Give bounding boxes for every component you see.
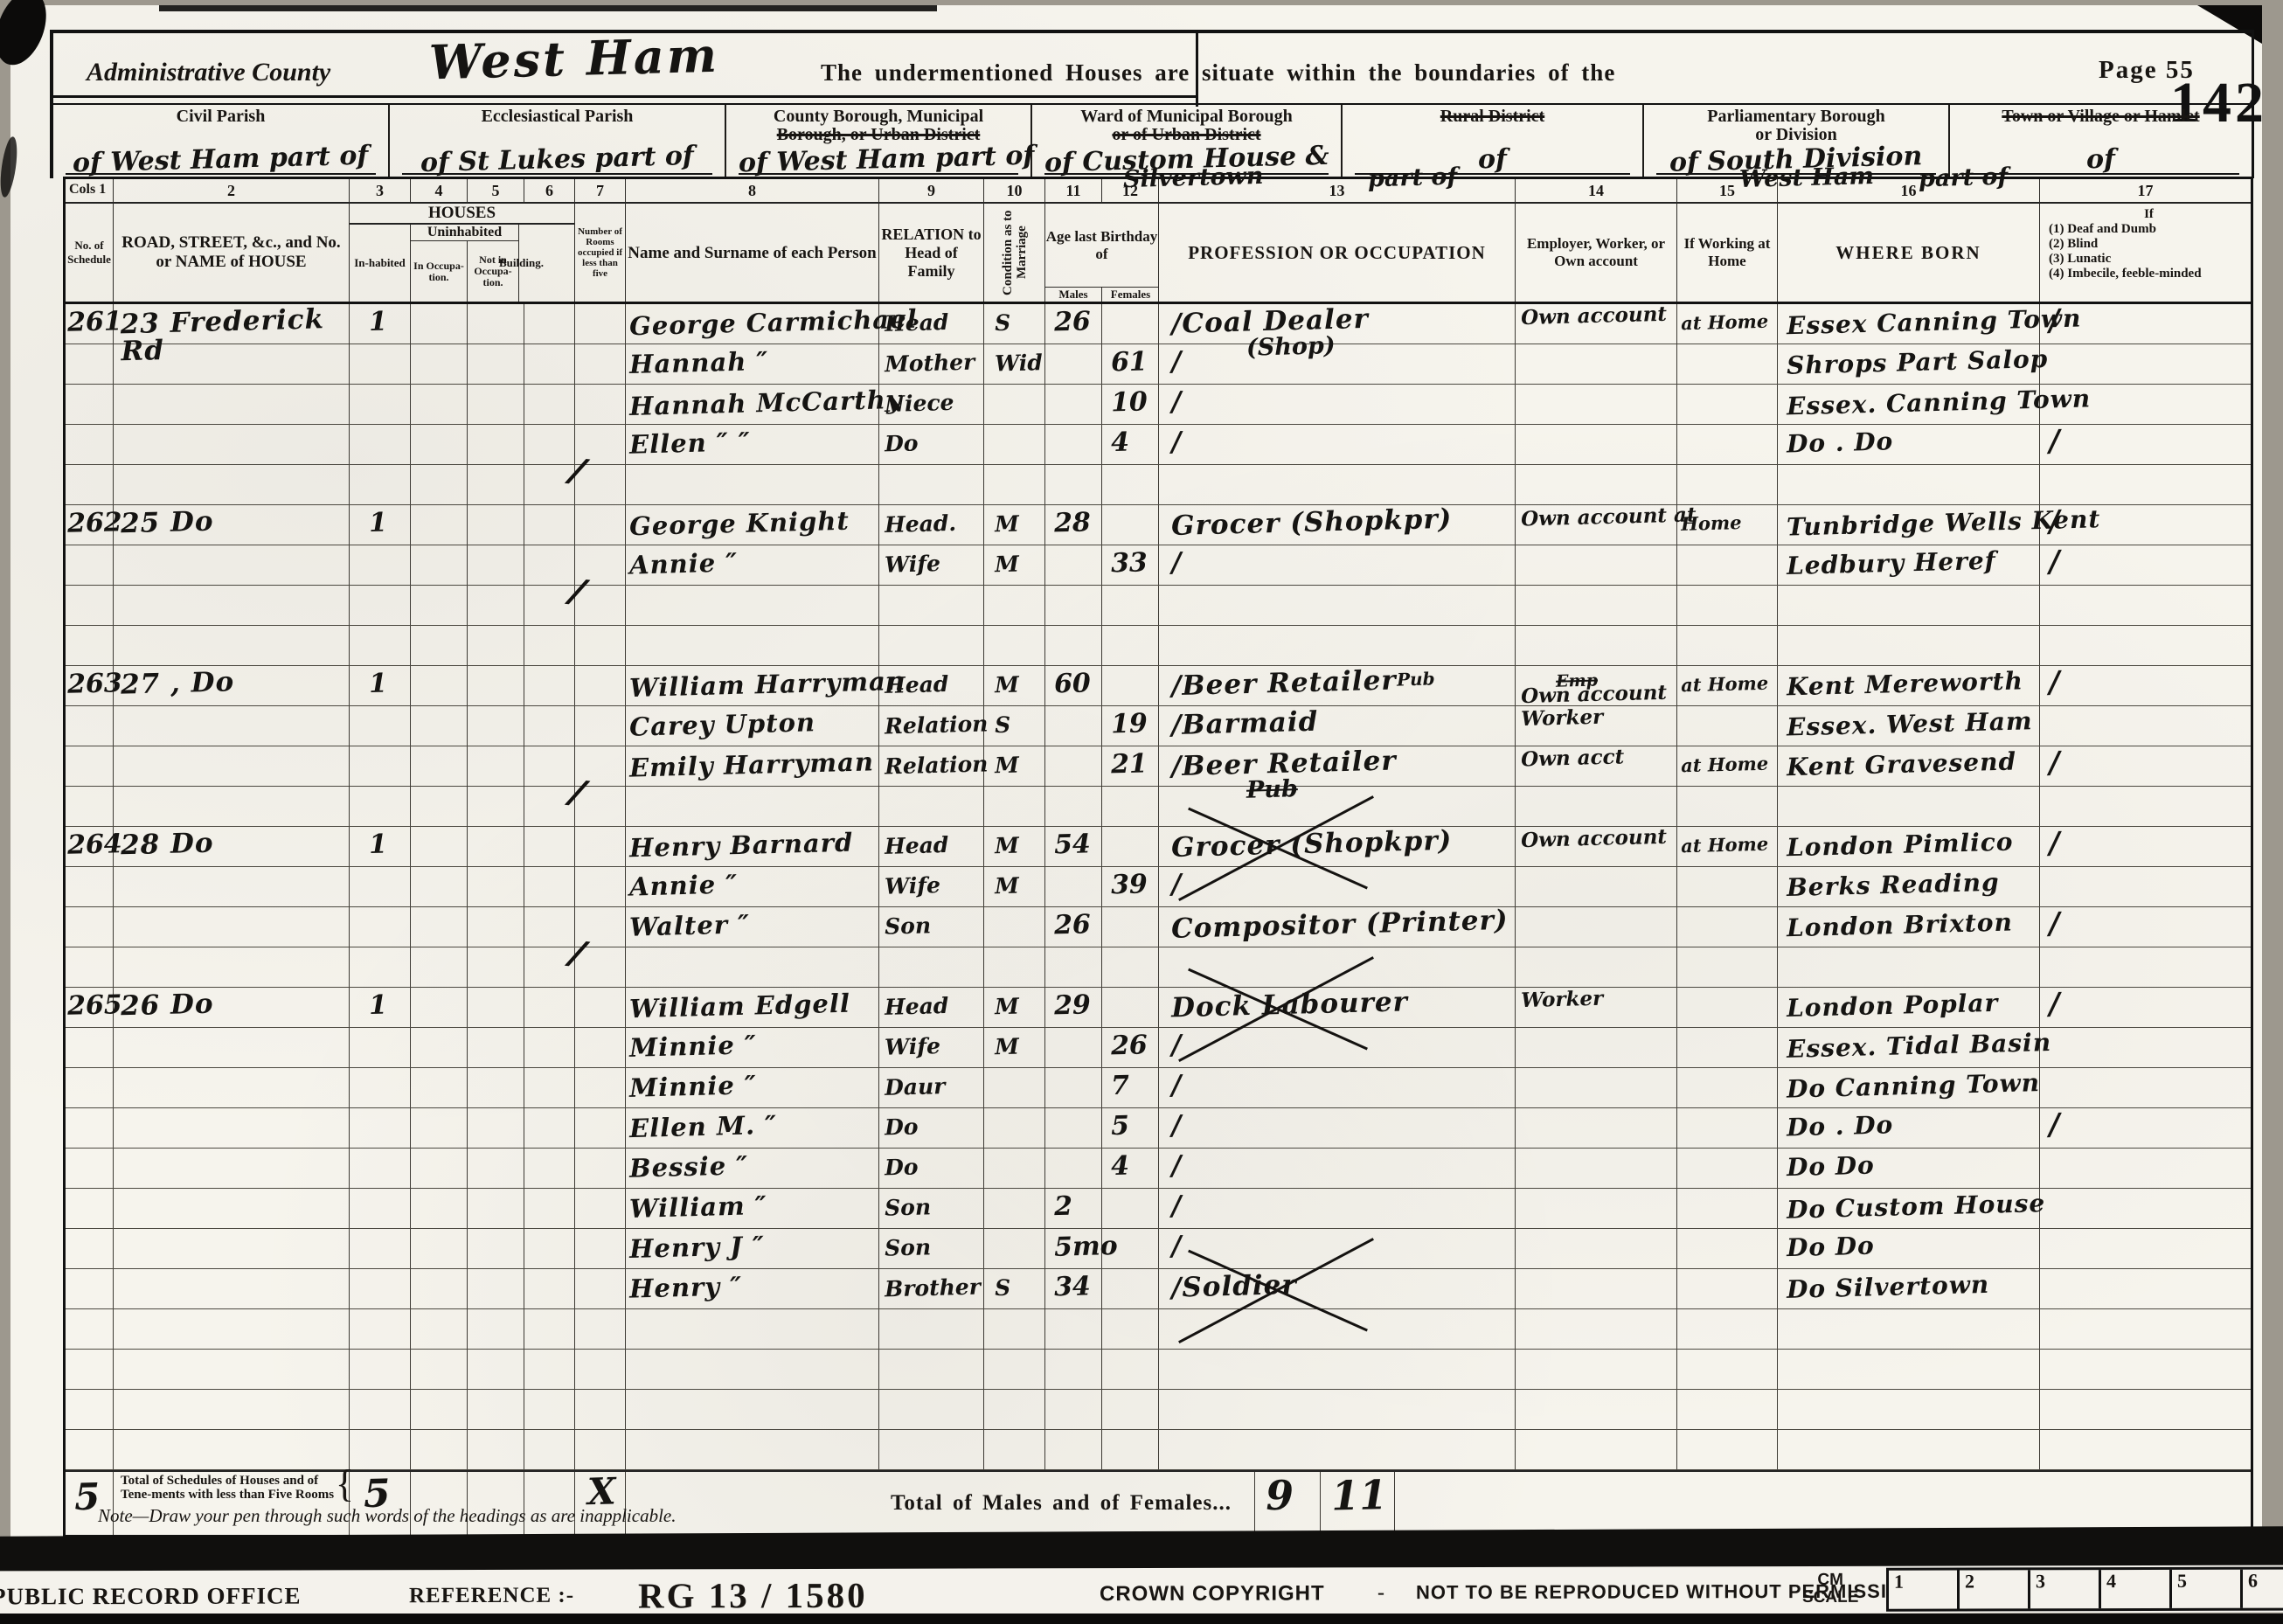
address-cell	[114, 787, 350, 826]
name-cell: William Harryman	[626, 666, 879, 705]
inhabited-cell	[350, 787, 411, 826]
not-in-occupation-cell	[468, 1390, 524, 1429]
relation-cell: Son	[879, 907, 984, 947]
relation-cell: Wife	[879, 867, 984, 906]
relation-cell: Do	[879, 1108, 984, 1148]
where-born-cell: Do Do	[1778, 1229, 2040, 1268]
age-males-cell	[1045, 1309, 1102, 1349]
occupation-cell	[1159, 1430, 1516, 1469]
infirmity-cell: /	[2040, 666, 2251, 705]
building-cell	[524, 505, 575, 545]
col-no-2: 2	[114, 179, 350, 204]
where-born-cell: Essex. West Ham	[1778, 706, 2040, 746]
header-females: Females	[1102, 288, 1159, 302]
age-males-cell	[1045, 626, 1102, 665]
in-occupation-cell	[411, 1430, 468, 1469]
not-in-occupation-cell	[468, 344, 524, 384]
scan-artifact-blob	[0, 135, 20, 198]
not-in-occupation-cell	[468, 505, 524, 545]
age-females-cell: 7	[1102, 1068, 1159, 1107]
building-cell	[524, 706, 575, 746]
district-value: of West Ham part of	[739, 143, 1035, 177]
occupation-cell: /	[1159, 1108, 1516, 1148]
rooms-cell	[575, 867, 626, 906]
table-row: Ellen ″ ″ Do 4 / Do . Do /	[66, 425, 2251, 465]
schedule-cell	[66, 1430, 114, 1469]
col-no-4: 4	[411, 179, 468, 204]
age-males-cell: 29	[1045, 988, 1102, 1027]
where-born-cell: Berks Reading	[1778, 867, 2040, 906]
occupation-cell: /	[1159, 1189, 1516, 1228]
address-cell	[114, 545, 350, 585]
age-females-cell	[1102, 465, 1159, 504]
building-cell	[524, 1229, 575, 1268]
rooms-cell	[575, 505, 626, 545]
rooms-cell	[575, 1309, 626, 1349]
schedule-cell	[66, 385, 114, 424]
district-value-underline: of West Ham part of	[739, 147, 1018, 175]
schedule-cell	[66, 706, 114, 746]
age-males-cell	[1045, 947, 1102, 987]
where-born-cell	[1778, 1350, 2040, 1389]
address-cell	[114, 1350, 350, 1389]
not-in-occupation-cell	[468, 867, 524, 906]
condition-cell: M	[984, 1028, 1045, 1067]
schedule-cell	[66, 626, 114, 665]
table-row	[66, 1430, 2251, 1470]
schedule-cell	[66, 867, 114, 906]
age-title: Age last Birthday of	[1045, 204, 1158, 287]
in-occupation-cell	[411, 947, 468, 987]
inhabited-cell: 1	[350, 666, 411, 705]
condition-cell: M	[984, 505, 1045, 545]
infirmity-cell	[2040, 626, 2251, 665]
condition-cell	[984, 1390, 1045, 1429]
at-home-cell	[1677, 1350, 1778, 1389]
where-born-cell: London Pimlico	[1778, 827, 2040, 866]
table-row: 264 28 Do 1 Henry Barnard Head M 54 Groc…	[66, 827, 2251, 867]
occupation-cell: /	[1159, 1068, 1516, 1107]
condition-cell: M	[984, 827, 1045, 866]
at-home-cell	[1677, 907, 1778, 947]
district-cell: Civil Parish of West Ham part of	[53, 105, 390, 178]
employer-cell	[1516, 1430, 1677, 1469]
at-home-cell	[1677, 947, 1778, 987]
table-row: Minnie ″ Wife M 26 / Essex. Tidal Basin	[66, 1028, 2251, 1068]
where-born-cell: Essex. Canning Town	[1778, 385, 2040, 424]
col-no-6: 6	[524, 179, 575, 204]
name-cell: Carey Upton	[626, 706, 879, 746]
not-in-occupation-cell	[468, 586, 524, 625]
in-occupation-cell	[411, 827, 468, 866]
totals-males-value: 9	[1255, 1472, 1321, 1535]
inhabited-cell: 1	[350, 827, 411, 866]
where-born-cell: Do Custom House	[1778, 1189, 2040, 1228]
rooms-cell	[575, 586, 626, 625]
rooms-cell	[575, 706, 626, 746]
in-occupation-cell	[411, 867, 468, 906]
building-cell	[524, 907, 575, 947]
inhabited-cell	[350, 1430, 411, 1469]
name-cell: Henry Barnard	[626, 827, 879, 866]
ruler-cell: 1	[1889, 1571, 1960, 1609]
rooms-cell	[575, 947, 626, 987]
not-in-occupation-cell	[468, 666, 524, 705]
occupation-cell: /Beer RetailerPub	[1159, 666, 1516, 705]
inhabited-cell	[350, 1149, 411, 1188]
name-cell: Ellen ″ ″	[626, 425, 879, 464]
building-cell	[524, 1068, 575, 1107]
at-home-cell	[1677, 425, 1778, 464]
rooms-cell	[575, 425, 626, 464]
rooms-cell	[575, 1430, 626, 1469]
where-born-cell	[1778, 1390, 2040, 1429]
age-females-cell: 33	[1102, 545, 1159, 585]
age-males-cell	[1045, 344, 1102, 384]
age-males-cell	[1045, 1108, 1102, 1148]
name-cell	[626, 586, 879, 625]
district-value: of	[2086, 147, 2116, 174]
condition-cell	[984, 907, 1045, 947]
age-males-cell	[1045, 545, 1102, 585]
table-row	[66, 1390, 2251, 1430]
header-working-at-home: If Working at Home	[1677, 204, 1778, 302]
address-cell	[114, 586, 350, 625]
where-born-cell	[1778, 626, 2040, 665]
address-cell	[114, 1269, 350, 1308]
relation-cell	[879, 586, 984, 625]
in-occupation-cell	[411, 988, 468, 1027]
name-cell: William ″	[626, 1189, 879, 1228]
in-occupation-cell	[411, 1269, 468, 1308]
district-label: Rural District	[1343, 108, 1642, 126]
age-males-cell	[1045, 586, 1102, 625]
in-occupation-cell	[411, 1149, 468, 1188]
relation-cell: Niece	[879, 385, 984, 424]
not-in-occupation-cell	[468, 1269, 524, 1308]
schedule-cell: 264	[66, 827, 114, 866]
schedule-cell	[66, 1028, 114, 1067]
not-in-occupation-cell	[468, 1108, 524, 1148]
schedule-cell	[66, 1390, 114, 1429]
inhabited-cell	[350, 385, 411, 424]
in-occupation-cell	[411, 706, 468, 746]
footnote: Note—Draw your pen through such words of…	[98, 1505, 676, 1527]
address-cell	[114, 1229, 350, 1268]
header-rooms: Number of Rooms occupied if less than fi…	[575, 204, 626, 302]
condition-cell	[984, 465, 1045, 504]
totals-females-value: 11	[1321, 1472, 1395, 1535]
annotation-part-of-16: part of	[1919, 165, 2008, 191]
inhabited-cell: 1	[350, 505, 411, 545]
table-row: Hannah McCarthy Niece 10 / Essex. Cannin…	[66, 385, 2251, 425]
not-in-occupation-cell	[468, 787, 524, 826]
schedule-cell	[66, 465, 114, 504]
rooms-cell	[575, 465, 626, 504]
condition-cell	[984, 626, 1045, 665]
table-row: Walter ″ Son 26 Compositor (Printer) Lon…	[66, 907, 2251, 947]
col-no-7: 7	[575, 179, 626, 204]
at-home-cell	[1677, 626, 1778, 665]
scan-artifact-bottom	[0, 1614, 2283, 1624]
age-females-cell	[1102, 586, 1159, 625]
header-employer: Employer, Worker, or Own account	[1516, 204, 1677, 302]
rooms-cell	[575, 626, 626, 665]
age-females-cell	[1102, 1390, 1159, 1429]
at-home-cell	[1677, 1028, 1778, 1067]
schedule-cell	[66, 907, 114, 947]
in-occupation-cell	[411, 344, 468, 384]
rooms-cell	[575, 827, 626, 866]
relation-cell	[879, 465, 984, 504]
schedule-cell	[66, 425, 114, 464]
footer-reference-value: RG 13 / 1580	[638, 1574, 868, 1617]
age-females-cell: 61	[1102, 344, 1159, 384]
footer-office: PUBLIC RECORD OFFICE	[0, 1583, 302, 1611]
table-row: Annie ″ Wife M 33 / Ledbury Heref /	[66, 545, 2251, 586]
age-males-cell: 26	[1045, 907, 1102, 947]
not-in-occupation-cell	[468, 1028, 524, 1067]
infirmity-cell	[2040, 1028, 2251, 1067]
building-cell	[524, 545, 575, 585]
header-schedule: No. of Schedule	[66, 204, 114, 302]
occupation-cell: Dock Labourer	[1159, 988, 1516, 1027]
table-row: William ″ Son 2 / Do Custom House	[66, 1189, 2251, 1229]
header-condition: Condition as to Marriage	[984, 204, 1045, 302]
not-in-occupation-cell	[468, 425, 524, 464]
age-females-cell	[1102, 1189, 1159, 1228]
where-born-cell	[1778, 947, 2040, 987]
district-cell: Ecclesiastical Parish of St Lukes part o…	[390, 105, 726, 178]
address-cell	[114, 1149, 350, 1188]
inhabited-cell	[350, 1350, 411, 1389]
condition-cell	[984, 425, 1045, 464]
totals-males-females-label: Total of Males and of Females...	[626, 1472, 1255, 1535]
not-in-occupation-cell	[468, 827, 524, 866]
inhabited-cell	[350, 706, 411, 746]
rooms-cell	[575, 385, 626, 424]
table-row	[66, 465, 2251, 505]
relation-cell	[879, 626, 984, 665]
age-males-cell: 5mo	[1045, 1229, 1102, 1268]
annotation-west-ham: West Ham	[1739, 165, 1874, 191]
condition-cell	[984, 1350, 1045, 1389]
age-females-cell: 10	[1102, 385, 1159, 424]
relation-cell	[879, 1309, 984, 1349]
in-occupation-cell	[411, 545, 468, 585]
where-born-cell: Essex. Tidal Basin	[1778, 1028, 2040, 1067]
building-cell	[524, 666, 575, 705]
at-home-cell	[1677, 867, 1778, 906]
footer-reference-label: REFERENCE :-	[409, 1584, 574, 1608]
table-row	[66, 626, 2251, 666]
rooms-cell	[575, 545, 626, 585]
table-row: Henry ″ Brother S 34 /Soldier Do Silvert…	[66, 1269, 2251, 1309]
relation-cell: Head	[879, 988, 984, 1027]
occupation-cell: /	[1159, 385, 1516, 424]
not-in-occupation-cell	[468, 465, 524, 504]
occupation-cell	[1159, 626, 1516, 665]
relation-cell: Head	[879, 827, 984, 866]
infirmity-cell	[2040, 1390, 2251, 1429]
not-in-occupation-cell	[468, 545, 524, 585]
in-occupation-cell	[411, 586, 468, 625]
where-born-cell: Do . Do	[1778, 1108, 2040, 1148]
age-females-cell	[1102, 1229, 1159, 1268]
col-no-11: 11	[1045, 179, 1102, 204]
building-cell	[524, 586, 575, 625]
occupation-cell: /	[1159, 344, 1516, 384]
relation-cell: Brother	[879, 1269, 984, 1308]
in-occupation-cell	[411, 1108, 468, 1148]
condition-cell: M	[984, 545, 1045, 585]
census-scan-page: { "page": { "admin_county_label": "Admin…	[0, 0, 2283, 1624]
age-males-cell	[1045, 1149, 1102, 1188]
building-cell	[524, 1430, 575, 1469]
condition-cell	[984, 586, 1045, 625]
schedule-cell	[66, 1149, 114, 1188]
age-females-cell: 19	[1102, 706, 1159, 746]
in-occupation-cell	[411, 425, 468, 464]
rooms-cell	[575, 1189, 626, 1228]
relation-cell	[879, 947, 984, 987]
age-males-cell	[1045, 787, 1102, 826]
occupation-cell: /	[1159, 1149, 1516, 1188]
admin-county-label: Administrative County	[87, 58, 330, 87]
age-males-cell: 54	[1045, 827, 1102, 866]
condition-cell: S	[984, 1269, 1045, 1308]
header-houses-group: HOUSES In-habited Uninhabited In Occupa-…	[350, 204, 575, 302]
name-cell: Hannah McCarthy	[626, 385, 879, 424]
building-cell	[524, 1028, 575, 1067]
header-age-group: Age last Birthday of Males Females	[1045, 204, 1159, 302]
name-cell	[626, 1390, 879, 1429]
col-no-10: 10	[984, 179, 1045, 204]
age-females-cell	[1102, 947, 1159, 987]
ruler-cell: 4	[2101, 1570, 2172, 1608]
ruler-cell: 2	[1960, 1570, 2030, 1608]
rooms-cell	[575, 1269, 626, 1308]
infirmity-cell: /	[2040, 907, 2251, 947]
age-males-cell	[1045, 1430, 1102, 1469]
relation-cell: Mother	[879, 344, 984, 384]
at-home-cell	[1677, 1390, 1778, 1429]
scan-artifact-top	[159, 5, 937, 11]
condition-cell: Wid	[984, 344, 1045, 384]
district-value-underline: of St Lukes part of	[402, 147, 712, 175]
census-table: Cols 1 2 3 4 5 6 7 8 9 10 11 12 13 14 15…	[63, 177, 2253, 1538]
condition-cell	[984, 1108, 1045, 1148]
inhabited-cell	[350, 586, 411, 625]
age-males-cell	[1045, 867, 1102, 906]
at-home-cell	[1677, 545, 1778, 585]
address-cell	[114, 425, 350, 464]
age-females-cell: 5	[1102, 1108, 1159, 1148]
not-in-occupation-cell	[468, 1189, 524, 1228]
district-label: Ward of Municipal Borough	[1032, 108, 1341, 126]
at-home-cell	[1677, 1269, 1778, 1308]
building-cell	[524, 344, 575, 384]
schedule-cell	[66, 344, 114, 384]
rooms-cell	[575, 1068, 626, 1107]
name-cell	[626, 1309, 879, 1349]
address-cell	[114, 947, 350, 987]
table-body: 261 23 Frederick Rd 1 George Carmichael …	[66, 304, 2251, 1470]
name-cell: Henry J ″	[626, 1229, 879, 1268]
rooms-cell	[575, 787, 626, 826]
rooms-cell	[575, 1390, 626, 1429]
infirmity-cell	[2040, 344, 2251, 384]
houses-title: HOUSES	[350, 204, 574, 225]
address-cell	[114, 385, 350, 424]
inhabited-cell	[350, 1269, 411, 1308]
in-occupation-cell	[411, 787, 468, 826]
occupation-cell: Compositor (Printer)	[1159, 907, 1516, 947]
at-home-cell	[1677, 1108, 1778, 1148]
inhabited-cell	[350, 1068, 411, 1107]
ruler-cell: 6	[2243, 1569, 2283, 1607]
address-cell: 27 , Do	[114, 666, 350, 705]
at-home-cell	[1677, 1149, 1778, 1188]
col-no-9: 9	[879, 179, 984, 204]
district-value: of St Lukes part of	[420, 143, 695, 177]
table-row: Henry J ″ Son 5mo / Do Do	[66, 1229, 2251, 1269]
name-cell: Minnie ″	[626, 1028, 879, 1067]
col-no-5: 5	[468, 179, 524, 204]
occupation-cell: /Soldier	[1159, 1269, 1516, 1308]
condition-cell	[984, 1068, 1045, 1107]
at-home-cell: at Home	[1677, 827, 1778, 866]
col-no-1: Cols 1	[66, 179, 114, 204]
district-value-underline: of West Ham part of	[66, 147, 376, 175]
table-row: Emily Harryman Relation M 21 /Beer Retai…	[66, 746, 2251, 787]
in-occupation-cell	[411, 907, 468, 947]
inhabited-cell	[350, 425, 411, 464]
building-cell	[524, 1108, 575, 1148]
condition-cell: M	[984, 867, 1045, 906]
age-males-cell	[1045, 1028, 1102, 1067]
in-occupation-cell	[411, 1068, 468, 1107]
infirmity-cell	[2040, 787, 2251, 826]
ruler-cell: 5	[2172, 1570, 2243, 1608]
rooms-cell	[575, 907, 626, 947]
not-in-occupation-cell	[468, 988, 524, 1027]
building-cell	[524, 827, 575, 866]
schedule-cell	[66, 586, 114, 625]
table-row: Minnie ″ Daur 7 / Do Canning Town	[66, 1068, 2251, 1108]
header-males: Males	[1045, 288, 1102, 302]
in-occupation-cell	[411, 385, 468, 424]
where-born-cell: Do Canning Town	[1778, 1068, 2040, 1107]
table-row: Carey Upton Relation S 19 /Barmaid Worke…	[66, 706, 2251, 746]
inhabited-cell	[350, 1390, 411, 1429]
rooms-cell	[575, 1108, 626, 1148]
age-females-cell	[1102, 787, 1159, 826]
where-born-cell: Do . Do	[1778, 425, 2040, 464]
relation-cell: Do	[879, 1149, 984, 1188]
district-label: County Borough, Municipal	[726, 108, 1030, 126]
in-occupation-cell	[411, 1350, 468, 1389]
inhabited-cell	[350, 626, 411, 665]
name-cell	[626, 626, 879, 665]
age-females-cell	[1102, 505, 1159, 545]
table-row	[66, 947, 2251, 988]
table-row	[66, 787, 2251, 827]
table-row	[66, 1309, 2251, 1350]
age-males-cell	[1045, 1068, 1102, 1107]
schedule-cell	[66, 1068, 114, 1107]
age-females-cell	[1102, 1309, 1159, 1349]
